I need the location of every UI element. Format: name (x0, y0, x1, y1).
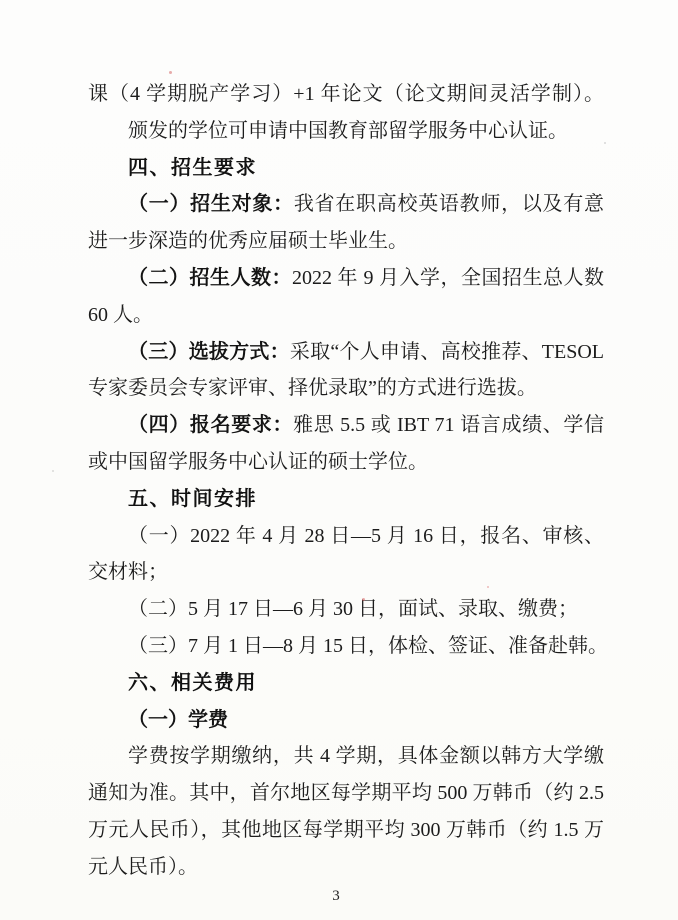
text-line: （三）7 月 1 日—8 月 15 日，体检、签证、准备赴韩。 (88, 628, 604, 665)
text-line: （四）报名要求：雅思 5.5 或 IBT 71 语言成绩、学信网 (88, 407, 604, 444)
text-line: 交材料； (88, 554, 604, 591)
text-line: 60 人。 (88, 297, 604, 334)
text-line: 颁发的学位可申请中国教育部留学服务中心认证。 (88, 113, 604, 150)
text-line: 元人民币）。 (88, 849, 604, 886)
text-line: 进一步深造的优秀应届硕士毕业生。 (88, 223, 604, 260)
text-line: （一）2022 年 4 月 28 日—5 月 16 日，报名、审核、提 (88, 518, 604, 555)
section-heading: 六、相关费用 (88, 665, 604, 702)
line-bold-label: （四）报名要求： (128, 414, 293, 436)
line-bold-label: （三）选拔方式： (128, 341, 290, 363)
text-line: 通知为准。其中，首尔地区每学期平均 500 万韩币（约 2.5 (88, 775, 604, 812)
text-line: （三）选拔方式：采取“个人申请、高校推荐、TESOL (88, 334, 604, 371)
section-heading: 四、招生要求 (88, 150, 604, 187)
scan-speck (169, 71, 172, 74)
page-number: 3 (0, 886, 672, 906)
text-line: 万元人民币），其他地区每学期平均 300 万韩币（约 1.5 万 (88, 812, 604, 849)
section-heading: 五、时间安排 (88, 481, 604, 518)
scan-speck (604, 142, 606, 144)
text-line: 专家委员会专家评审、择优录取”的方式进行选拔。 (88, 370, 604, 407)
text-line: 学费按学期缴纳，共 4 学期，具体金额以韩方大学缴费 (88, 738, 604, 775)
text-line: （二）5 月 17 日—6 月 30 日，面试、录取、缴费； (88, 591, 604, 628)
document-page: 课（4 学期脱产学习）+1 年论文（论文期间灵活学制）。颁发的学位可申请中国教育… (0, 0, 678, 920)
text-line: 课（4 学期脱产学习）+1 年论文（论文期间灵活学制）。 (88, 76, 604, 113)
text-line: （二）招生人数：2022 年 9 月入学，全国招生总人数为 (88, 260, 604, 297)
document-body: 课（4 学期脱产学习）+1 年论文（论文期间灵活学制）。颁发的学位可申请中国教育… (88, 76, 604, 886)
text-line: （一）学费 (88, 702, 604, 739)
text-line: （一）招生对象：我省在职高校英语教师，以及有意向 (88, 186, 604, 223)
text-line: 或中国留学服务中心认证的硕士学位。 (88, 444, 604, 481)
scan-speck (52, 470, 54, 472)
line-bold-label: （二）招生人数： (128, 267, 292, 289)
line-bold-label: （一）招生对象： (128, 193, 294, 215)
